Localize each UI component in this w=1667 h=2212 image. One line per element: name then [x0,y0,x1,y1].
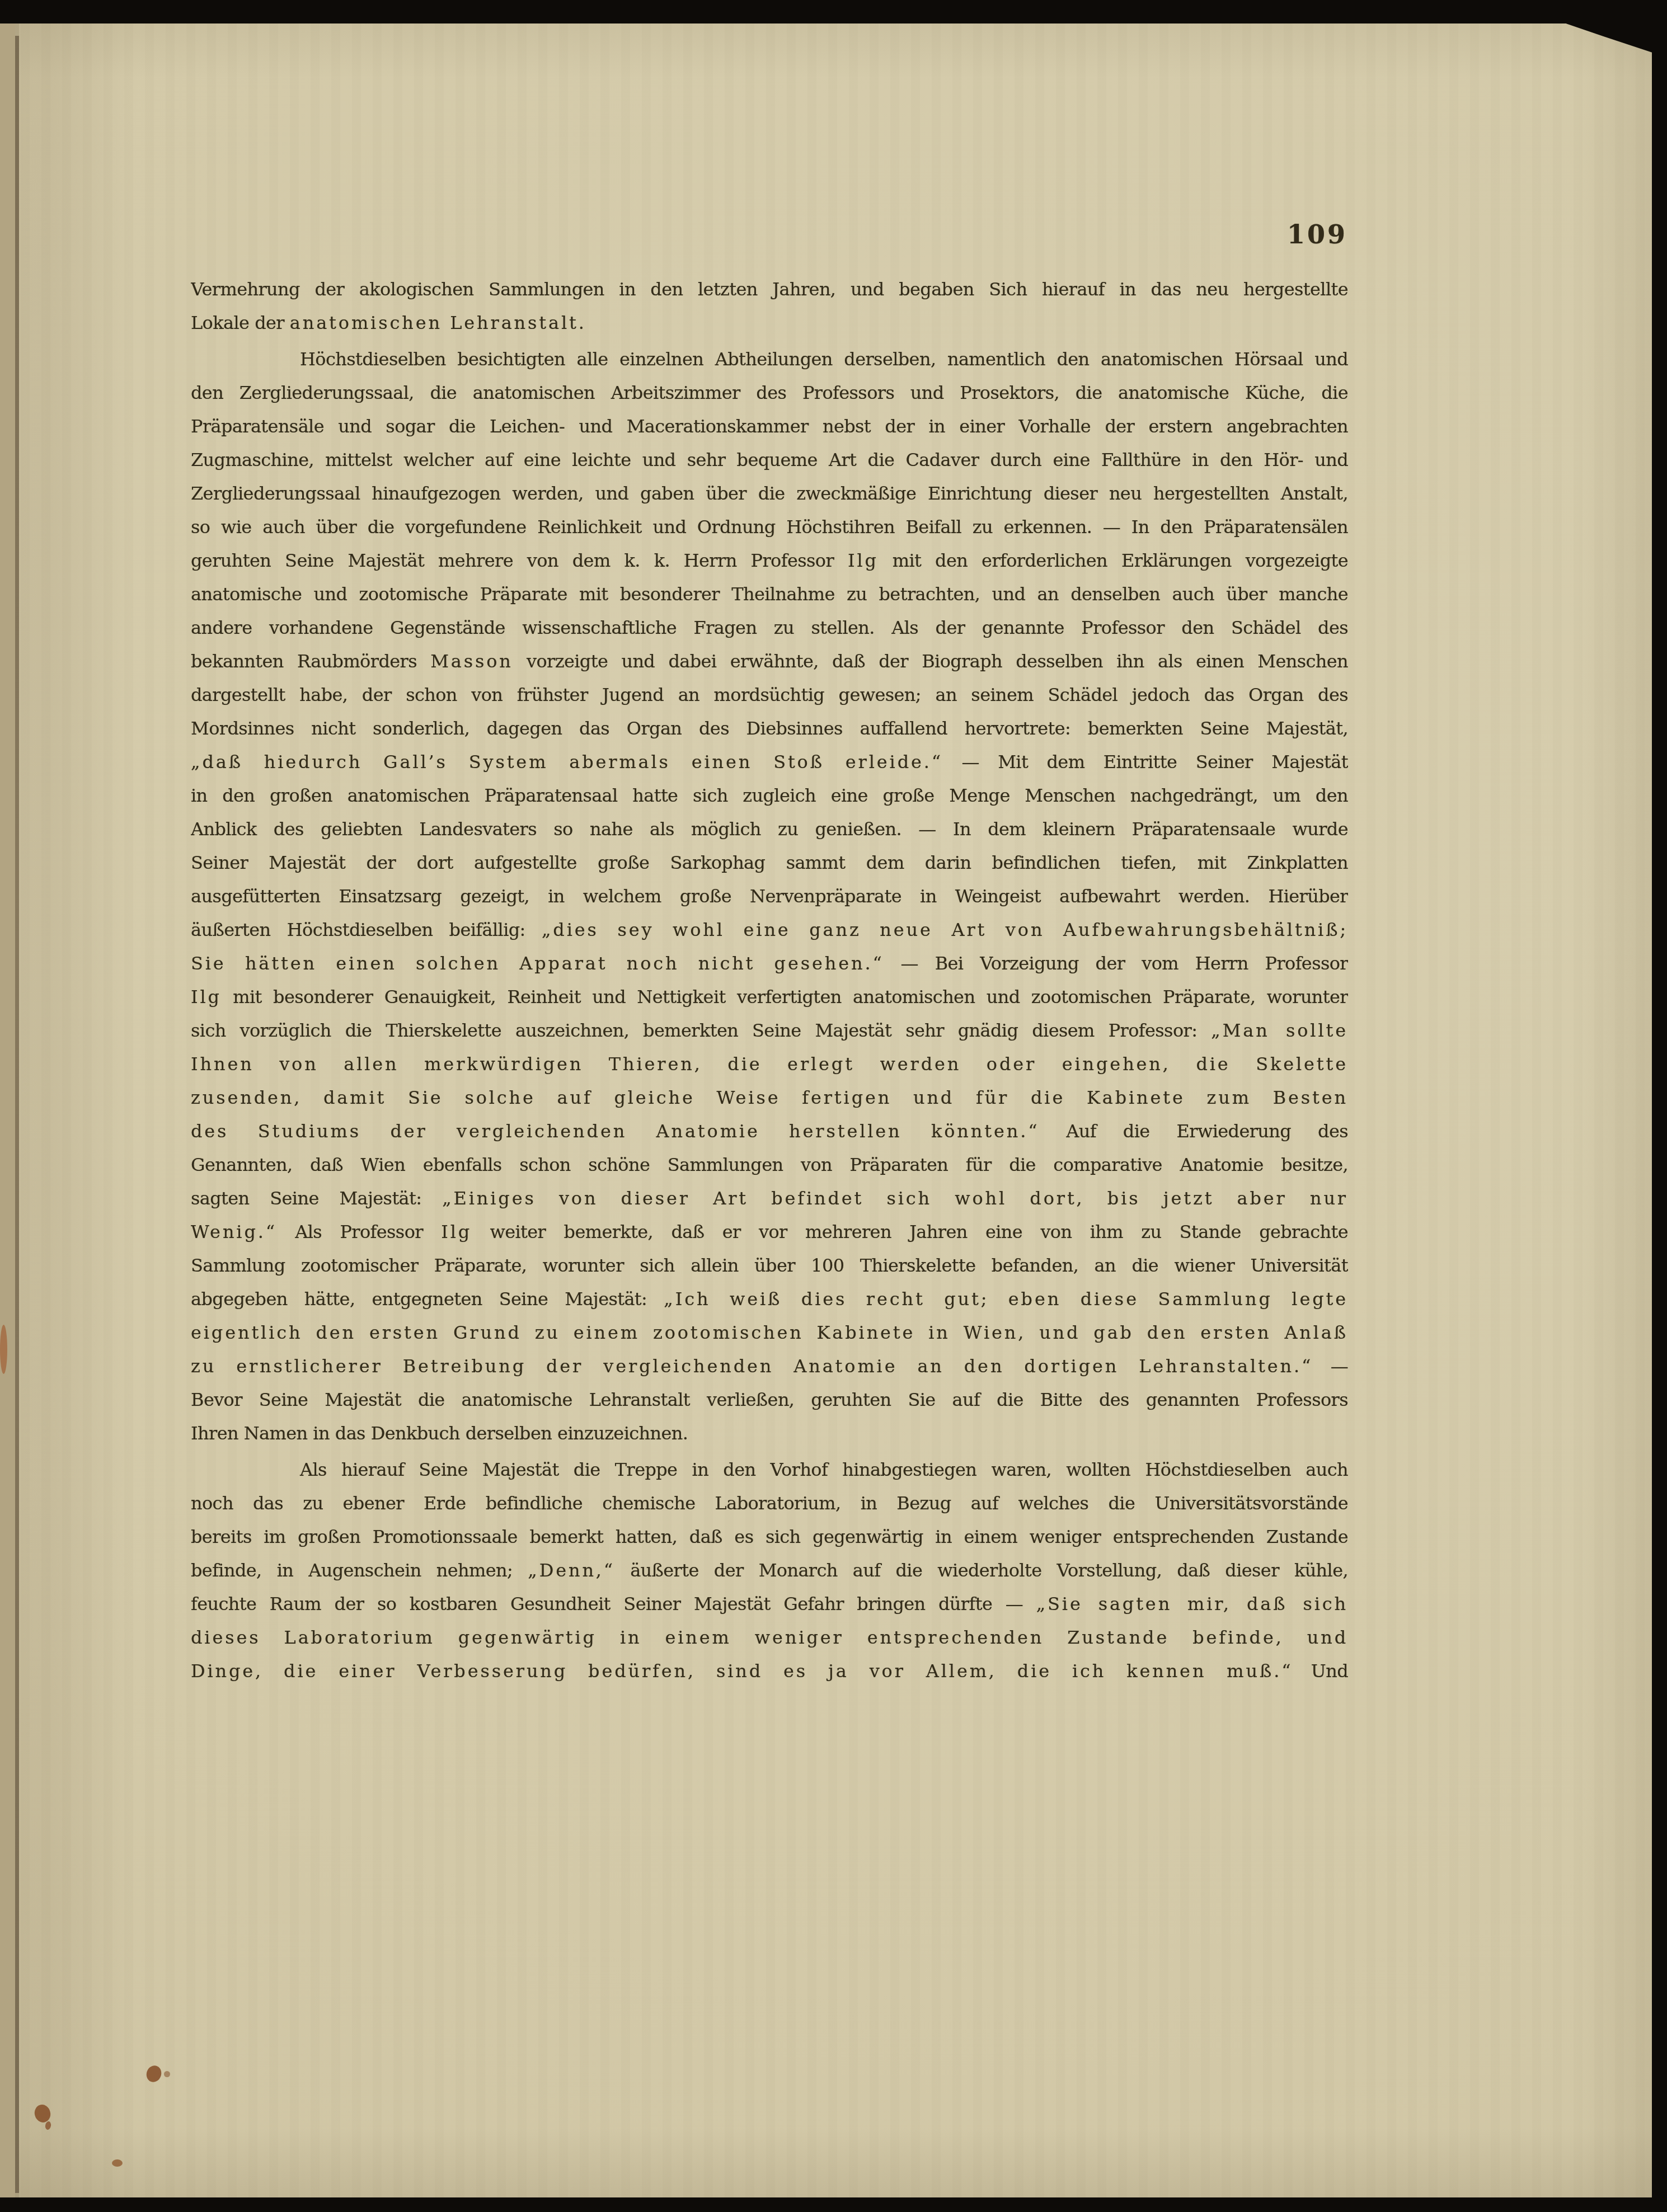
text-line: zu ernstlicherer Betreibung der vergleic… [191,1349,1348,1383]
text-line: andere vorhandene Gegenstände wissenscha… [191,611,1348,644]
text-segment: abgegeben hätte, entgegneten Seine Majes… [191,1288,664,1310]
text-segment: dargestellt habe, der schon von frühster… [191,684,1348,705]
emphasized-text: Ihnen von allen merkwürdigen Thieren, di… [191,1053,1348,1075]
emphasized-text: „Einiges von dieser Art befindet sich wo… [442,1188,1348,1209]
text-segment: noch das zu ebener Erde befindliche chem… [191,1493,1348,1514]
text-line: Ilg mit besonderer Genauigkeit, Reinheit… [191,980,1348,1014]
text-segment: feuchte Raum der so kostbaren Gesundheit… [191,1593,1036,1615]
book-gutter [0,23,15,2197]
text-line: Wenig.“ Als Professor Ilg weiter bemerkt… [191,1215,1348,1249]
text-block: Vermehrung der akologischen Sammlungen i… [191,272,1348,1688]
foxing-stain [112,2159,123,2167]
text-segment: Ihren Namen in das Denkbuch derselben ei… [191,1423,688,1444]
text-line: Sammlung zootomischer Präparate, worunte… [191,1249,1348,1282]
text-line: zusenden, damit Sie solche auf gleiche W… [191,1081,1348,1114]
text-segment: Bevor Seine Majestät die anatomische Leh… [191,1389,1348,1410]
text-line: anatomische und zootomische Präparate mi… [191,577,1348,611]
text-segment: Anblick des geliebten Landesvaters so na… [191,818,1348,840]
text-line: in den großen anatomischen Präparatensaa… [191,779,1348,812]
text-line: bekannten Raubmörders Masson vorzeigte u… [191,644,1348,678]
emphasized-text: „Sie sagten mir, daß sich [1036,1593,1348,1615]
text-segment: Auf die Erwiederung des [1039,1121,1348,1142]
text-segment: weiter bemerkte, daß er vor mehreren Jah… [472,1221,1348,1243]
emphasized-text: „Ich weiß dies recht gut; eben diese Sam… [664,1288,1348,1310]
text-segment: mit den erforderlichen Erklärungen vorge… [879,550,1348,571]
emphasized-text: Ilg [441,1221,472,1243]
text-segment: Als Professor [277,1221,441,1243]
text-line: befinde, in Augenschein nehmen; „Denn,“ … [191,1554,1348,1587]
text-line: Lokale der anatomischen Lehranstalt. [191,306,1348,340]
text-line: abgegeben hätte, entgegneten Seine Majes… [191,1282,1348,1316]
emphasized-text: des Studiums der vergleichenden Anatomie… [191,1121,1039,1142]
text-line: den Zergliederungssaal, die anatomischen… [191,376,1348,410]
text-segment: so wie auch über die vorgefundene Reinli… [191,516,1348,538]
book-page-scan: 109 Vermehrung der akologischen Sammlung… [0,0,1667,2212]
text-segment: vorzeigte und dabei erwähnte, daß der Bi… [513,651,1348,672]
text-line: Seiner Majestät der dort aufgestellte gr… [191,846,1348,879]
text-line: Ihren Namen in das Denkbuch derselben ei… [191,1416,1348,1450]
emphasized-text: Ilg [848,550,879,571]
text-line: Höchstdieselben besichtigten alle einzel… [191,342,1348,376]
scan-edge-top [0,0,1667,23]
text-line: Sie hätten einen solchen Apparat noch ni… [191,947,1348,980]
text-segment: — Bei Vorzeigung der vom Herrn Professor [884,953,1348,974]
text-line: Als hierauf Seine Majestät die Treppe in… [191,1453,1348,1486]
text-line: Präparatensäle und sogar die Leichen- un… [191,410,1348,443]
text-line: ausgefütterten Einsatzsarg gezeigt, in w… [191,879,1348,913]
text-segment: befinde, in Augenschein nehmen; [191,1560,528,1581]
text-line: bereits im großen Promotionssaale bemerk… [191,1520,1348,1554]
text-line: Zergliederungssaal hinaufgezogen werden,… [191,477,1348,510]
text-line: dieses Laboratorium gegenwärtig in einem… [191,1621,1348,1654]
text-line: „daß hiedurch Gall’s System abermals ein… [191,745,1348,779]
text-segment: Höchstdieselben besichtigten alle einzel… [300,349,1348,370]
text-line: sagten Seine Majestät: „Einiges von dies… [191,1182,1348,1215]
text-line: Zugmaschine, mittelst welcher auf eine l… [191,443,1348,477]
text-segment: sagten Seine Majestät: [191,1188,442,1209]
text-segment: — [1313,1356,1348,1377]
text-segment: Als hierauf Seine Majestät die Treppe in… [300,1459,1348,1480]
text-segment: in den großen anatomischen Präparatensaa… [191,785,1348,806]
text-line: Ihnen von allen merkwürdigen Thieren, di… [191,1047,1348,1081]
scan-edge-right [1652,0,1667,2212]
text-line: so wie auch über die vorgefundene Reinli… [191,510,1348,544]
text-segment: äußerte der Monarch auf die wiederholte … [615,1560,1348,1581]
text-line: geruhten Seine Majestät mehrere von dem … [191,544,1348,577]
body-paragraph: Höchstdieselben besichtigten alle einzel… [191,342,1348,1450]
text-segment: bekannten Raubmörders [191,651,430,672]
text-segment: äußerten Höchstdieselben beifällig: [191,919,542,940]
text-segment: — Mit dem Eintritte Seiner Majestät [943,751,1348,773]
text-segment: Präparatensäle und sogar die Leichen- un… [191,416,1348,437]
text-segment: Und [1293,1660,1348,1682]
text-line: noch das zu ebener Erde befindliche chem… [191,1486,1348,1520]
text-line: Vermehrung der akologischen Sammlungen i… [191,272,1348,306]
emphasized-text: „Denn,“ [528,1560,615,1581]
text-segment: sich vorzüglich die Thierskelette auszei… [191,1020,1211,1041]
text-line: dargestellt habe, der schon von frühster… [191,678,1348,712]
emphasized-text: Ilg [191,986,222,1008]
emphasized-text: Masson [430,651,513,672]
emphasized-text: anatomischen Lehranstalt. [290,312,586,333]
text-line: Dinge, die einer Verbesserung bedürfen, … [191,1654,1348,1688]
foxing-stain [0,1325,7,1374]
emphasized-text: „daß hiedurch Gall’s System abermals ein… [191,751,943,773]
foxing-stain [164,2071,170,2077]
emphasized-text: Sie hätten einen solchen Apparat noch ni… [191,953,884,974]
text-segment: Genannten, daß Wien ebenfalls schon schö… [191,1154,1348,1175]
emphasized-text: Dinge, die einer Verbesserung bedürfen, … [191,1660,1293,1682]
text-segment: Mordsinnes nicht sonderlich, dagegen das… [191,718,1348,739]
emphasized-text: zu ernstlicherer Betreibung der vergleic… [191,1356,1313,1377]
book-gutter-shadow-line [15,36,19,2193]
text-segment: andere vorhandene Gegenstände wissenscha… [191,617,1348,638]
text-line: Bevor Seine Majestät die anatomische Leh… [191,1383,1348,1416]
text-line: Genannten, daß Wien ebenfalls schon schö… [191,1148,1348,1182]
text-line: Mordsinnes nicht sonderlich, dagegen das… [191,712,1348,745]
body-paragraph: Vermehrung der akologischen Sammlungen i… [191,272,1348,340]
text-segment: Seiner Majestät der dort aufgestellte gr… [191,852,1348,873]
emphasized-text: „dies sey wohl eine ganz neue Art von Au… [542,919,1348,940]
page-number: 109 [1287,219,1347,250]
text-segment: geruhten Seine Majestät mehrere von dem … [191,550,848,571]
text-line: äußerten Höchstdieselben beifällig: „die… [191,913,1348,947]
text-line: des Studiums der vergleichenden Anatomie… [191,1114,1348,1148]
text-segment: den Zergliederungssaal, die anatomischen… [191,382,1348,403]
text-line: eigentlich den ersten Grund zu einem zoo… [191,1316,1348,1349]
text-segment: ausgefütterten Einsatzsarg gezeigt, in w… [191,886,1348,907]
text-segment: Vermehrung der akologischen Sammlungen i… [191,279,1348,300]
scan-edge-bottom [0,2197,1667,2212]
text-segment: Sammlung zootomischer Präparate, worunte… [191,1255,1348,1276]
emphasized-text: „Man sollte [1211,1020,1348,1041]
text-segment: mit besonderer Genauigkeit, Reinheit und… [222,986,1348,1008]
emphasized-text: zusenden, damit Sie solche auf gleiche W… [191,1087,1348,1108]
body-paragraph: Als hierauf Seine Majestät die Treppe in… [191,1453,1348,1688]
text-segment: Zugmaschine, mittelst welcher auf eine l… [191,449,1348,470]
text-segment: Zergliederungssaal hinaufgezogen werden,… [191,483,1348,504]
text-line: sich vorzüglich die Thierskelette auszei… [191,1014,1348,1047]
text-segment: bereits im großen Promotionssaale bemerk… [191,1526,1348,1547]
emphasized-text: eigentlich den ersten Grund zu einem zoo… [191,1322,1348,1343]
emphasized-text: dieses Laboratorium gegenwärtig in einem… [191,1627,1348,1648]
emphasized-text: Wenig.“ [191,1221,277,1243]
text-line: Anblick des geliebten Landesvaters so na… [191,812,1348,846]
text-segment: Lokale der [191,312,290,333]
text-segment: anatomische und zootomische Präparate mi… [191,583,1348,605]
text-line: feuchte Raum der so kostbaren Gesundheit… [191,1587,1348,1621]
